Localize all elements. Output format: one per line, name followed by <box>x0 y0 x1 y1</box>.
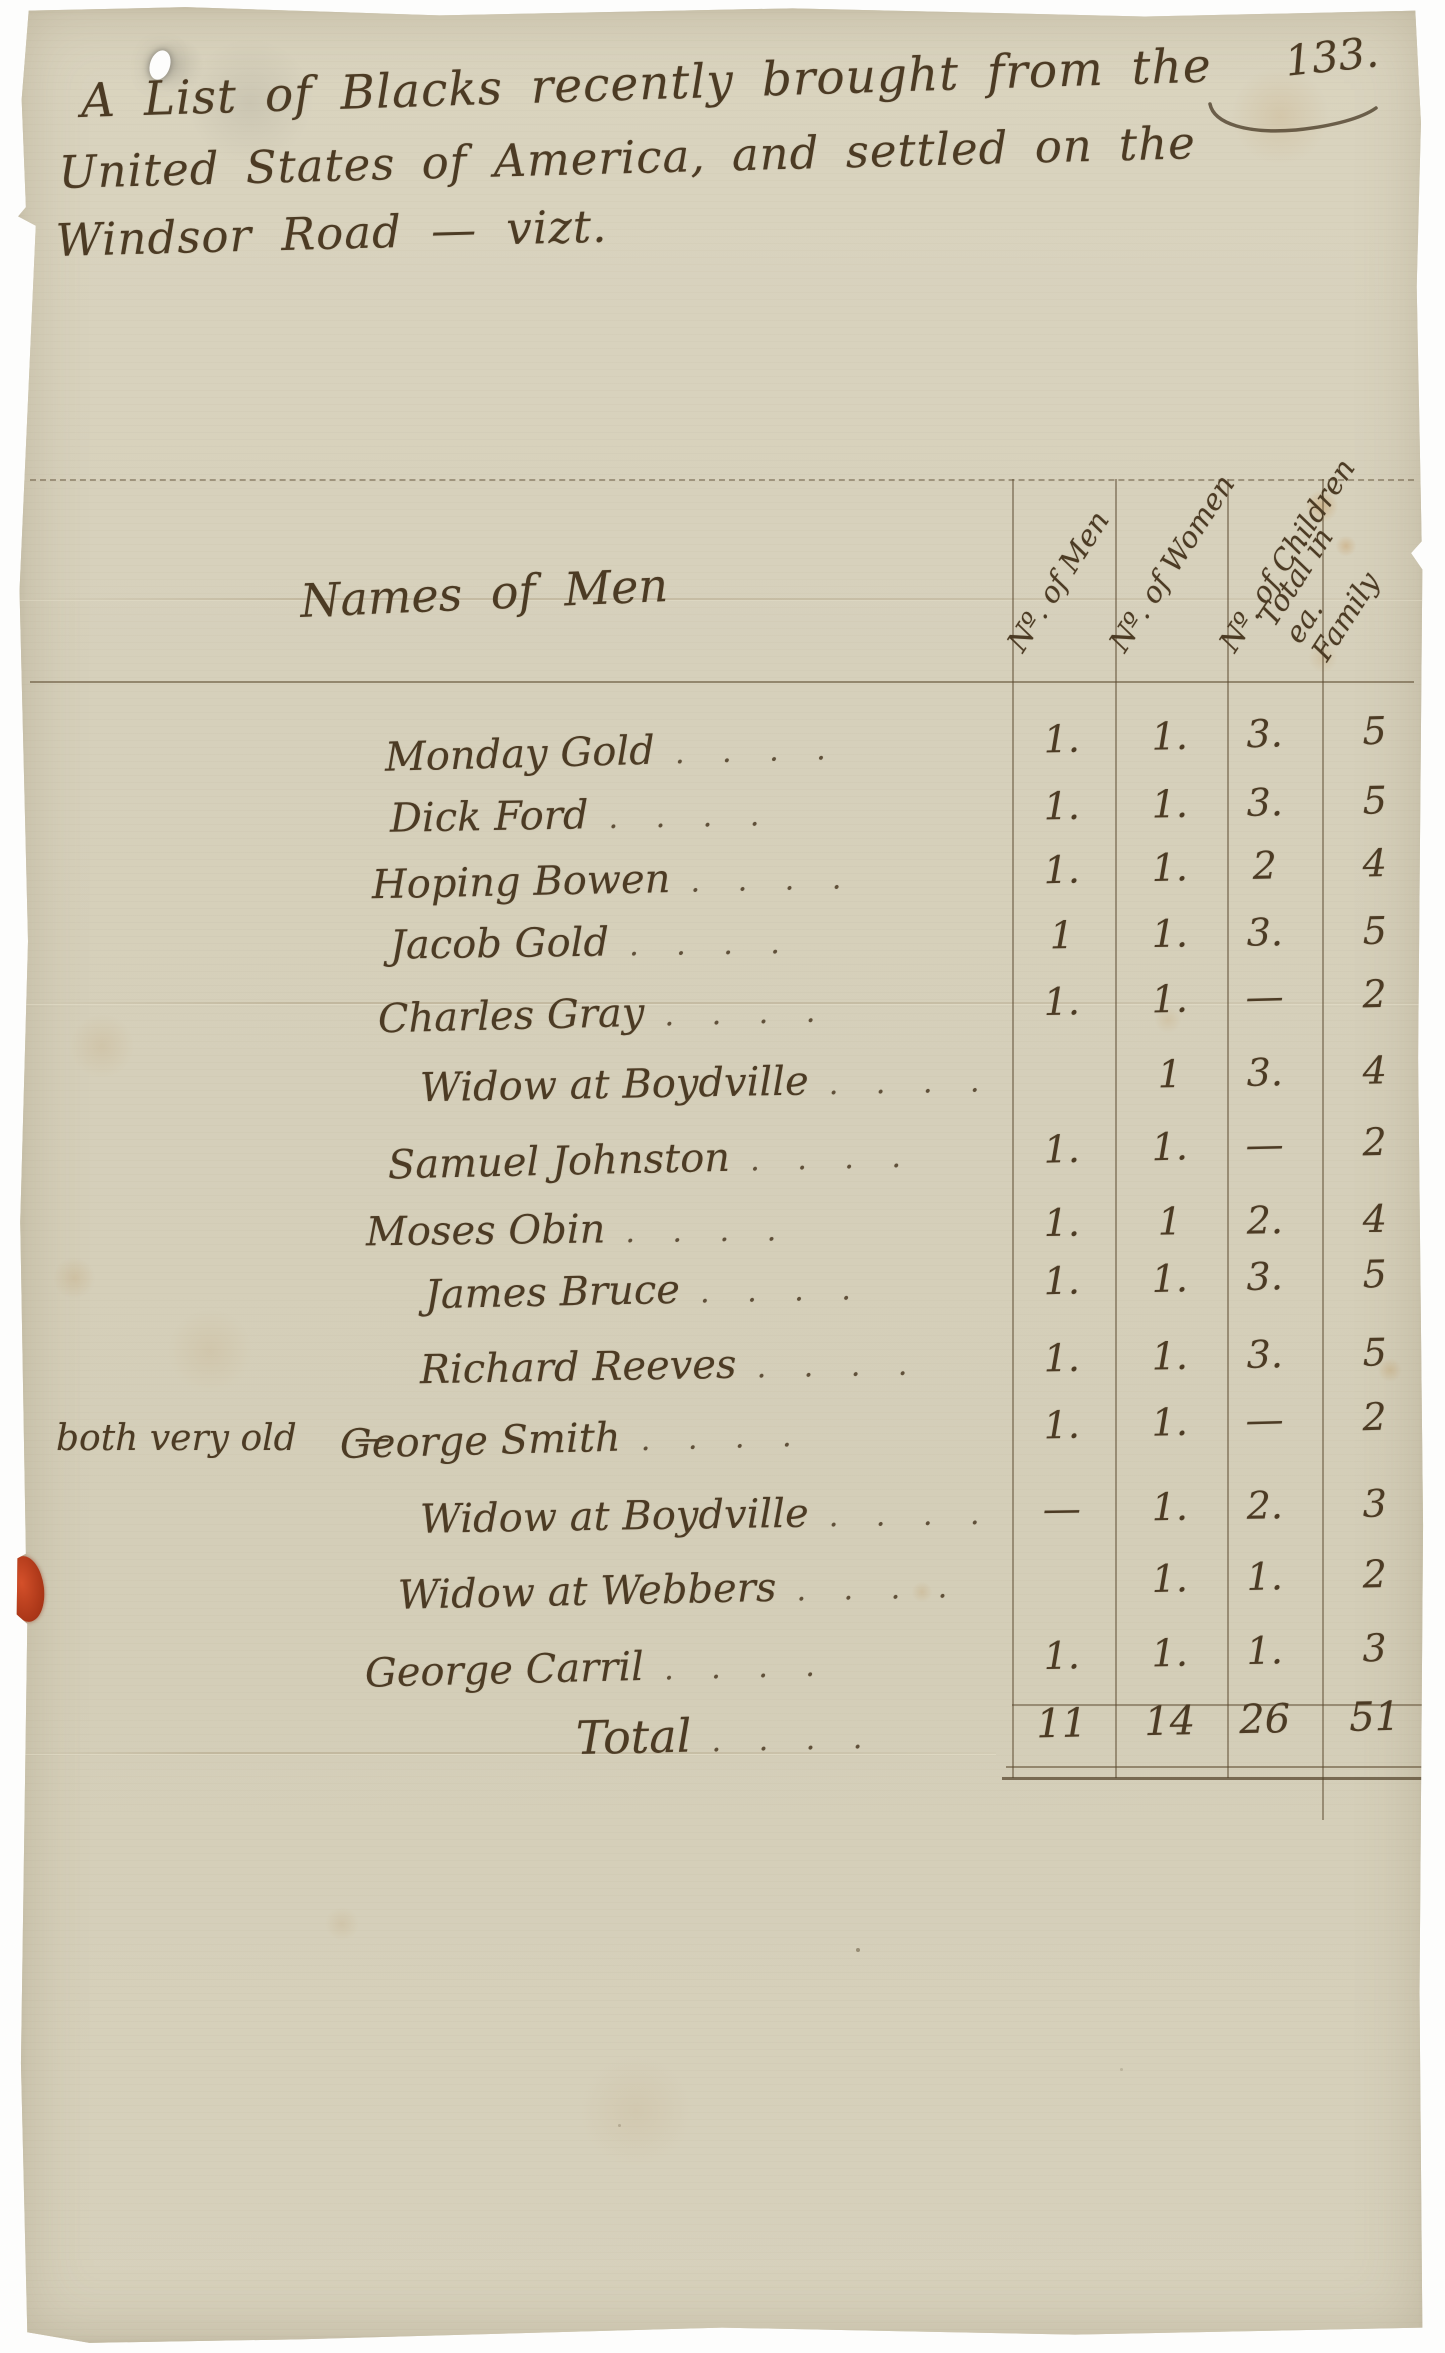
row-children: 3. <box>1225 910 1306 955</box>
row-children: 3. <box>1224 1332 1305 1377</box>
leader-dots: . . . . <box>756 1348 921 1386</box>
row-name: James Bruce <box>424 1267 680 1318</box>
row-total: 4 <box>1332 1196 1419 1241</box>
row-name: Hoping Bowen <box>371 856 670 908</box>
row-name: George Carril <box>364 1644 644 1697</box>
total-men: 11 <box>1021 1700 1102 1748</box>
row-total: 2 <box>1331 1394 1418 1440</box>
leader-dots: . . . . <box>711 1721 876 1759</box>
leader-dots: . . . . <box>664 994 830 1033</box>
row-women: 1. <box>1127 1333 1212 1378</box>
leader-dots: . . . . <box>750 1140 916 1179</box>
row-children: — <box>1224 974 1305 1020</box>
leader-dots: . . . . <box>629 926 794 963</box>
row-women: 1. <box>1127 976 1212 1022</box>
row-name: Widow at Boydville <box>419 1058 809 1111</box>
leader-dots: . . . . <box>640 1419 806 1458</box>
row-men: 1. <box>1022 1200 1103 1245</box>
row-children: 2. <box>1225 1198 1306 1243</box>
leader-dots: . . . . <box>828 1497 993 1535</box>
leader-dots: . . . . <box>664 1648 830 1687</box>
row-name: Charles Gray <box>377 990 645 1042</box>
leader-dots: . . . . <box>796 1570 961 1608</box>
row-children: — <box>1224 1122 1305 1168</box>
row-men: 1. <box>1021 1258 1102 1304</box>
row-total: 3 <box>1331 1481 1418 1526</box>
scanned-document-page: { "document": { "page_number": "133.", "… <box>0 0 1445 2353</box>
leader-dots: . . . . <box>625 1213 790 1250</box>
row-total: 5 <box>1331 1330 1418 1375</box>
row-women: 1. <box>1127 845 1212 891</box>
leader-dots: . . . . <box>700 1272 865 1310</box>
leader-dots: . . . . <box>690 861 855 899</box>
row-women: 1. <box>1127 1124 1212 1170</box>
row-total: 2 <box>1331 1551 1418 1597</box>
row-children: 1. <box>1224 1554 1305 1600</box>
row-men: 1. <box>1021 716 1102 762</box>
row-men: 1. <box>1021 1126 1102 1172</box>
paper-sheet: 133. A List of Blacks recently brought f… <box>16 6 1428 2344</box>
leader-dots: . . . . <box>674 732 840 771</box>
row-children: 3. <box>1224 711 1305 757</box>
row-total: 3 <box>1331 1625 1418 1671</box>
row-women: 1. <box>1127 713 1212 759</box>
row-name: Moses Obin <box>366 1206 606 1255</box>
row-children: 3. <box>1224 1050 1305 1095</box>
row-men <box>1021 1053 1101 1054</box>
row-children: 3. <box>1224 1254 1305 1300</box>
row-men: 1 <box>1022 913 1103 958</box>
row-total: 4 <box>1331 840 1418 886</box>
row-total: 4 <box>1331 1048 1418 1093</box>
row-name: Richard Reeves <box>419 1342 736 1394</box>
row-name: Widow at Webbers <box>397 1565 776 1619</box>
row-total: 5 <box>1331 708 1418 754</box>
row-women: 1. <box>1127 781 1212 826</box>
row-total: 2 <box>1331 971 1418 1017</box>
row-women: 1. <box>1128 911 1213 956</box>
row-total: 5 <box>1331 1251 1418 1297</box>
row-total: 2 <box>1331 1119 1418 1165</box>
row-men: 1. <box>1021 847 1102 893</box>
leader-dots: . . . . <box>828 1064 993 1102</box>
row-women: 1. <box>1127 1256 1212 1302</box>
row-children: 2. <box>1224 1483 1305 1528</box>
table-row: Widow at Boydville. . . .—1.2.3 <box>16 1481 1426 1567</box>
row-men: 1. <box>1021 1633 1102 1679</box>
row-total: 5 <box>1331 908 1418 953</box>
row-men: 1. <box>1021 1402 1102 1448</box>
row-women: 1 <box>1127 1051 1212 1096</box>
row-men: — <box>1021 1486 1102 1531</box>
row-men: 1. <box>1021 1335 1102 1380</box>
row-men: 1. <box>1021 979 1102 1025</box>
total-women: 14 <box>1127 1698 1212 1746</box>
row-men: 1. <box>1021 783 1102 828</box>
row-name: Samuel Johnston <box>387 1135 730 1189</box>
row-women: 1 <box>1128 1199 1213 1244</box>
row-children: 2 <box>1224 843 1305 889</box>
row-total: 5 <box>1331 778 1418 823</box>
total-family: 51 <box>1331 1693 1418 1741</box>
row-women: 1. <box>1127 1484 1212 1529</box>
row-name: George Smith <box>339 1415 621 1468</box>
row-name: Widow at Boydville <box>420 1491 809 1543</box>
row-men <box>1021 1558 1101 1560</box>
row-children: 1. <box>1224 1628 1305 1674</box>
row-name: Monday Gold <box>384 728 655 781</box>
row-women: 1. <box>1127 1399 1212 1445</box>
total-children: 26 <box>1224 1696 1305 1744</box>
row-name: Dick Ford <box>389 792 588 841</box>
row-name: Jacob Gold <box>390 920 610 969</box>
row-children: — <box>1224 1397 1305 1443</box>
row-children: 3. <box>1224 780 1305 825</box>
leader-dots: . . . . <box>608 798 773 836</box>
row-women: 1. <box>1127 1556 1212 1602</box>
table-rows: Monday Gold. . . .1.1.3.5Dick Ford. . . … <box>16 6 1428 2344</box>
total-label: Total <box>575 1709 692 1765</box>
row-women: 1. <box>1127 1630 1212 1676</box>
